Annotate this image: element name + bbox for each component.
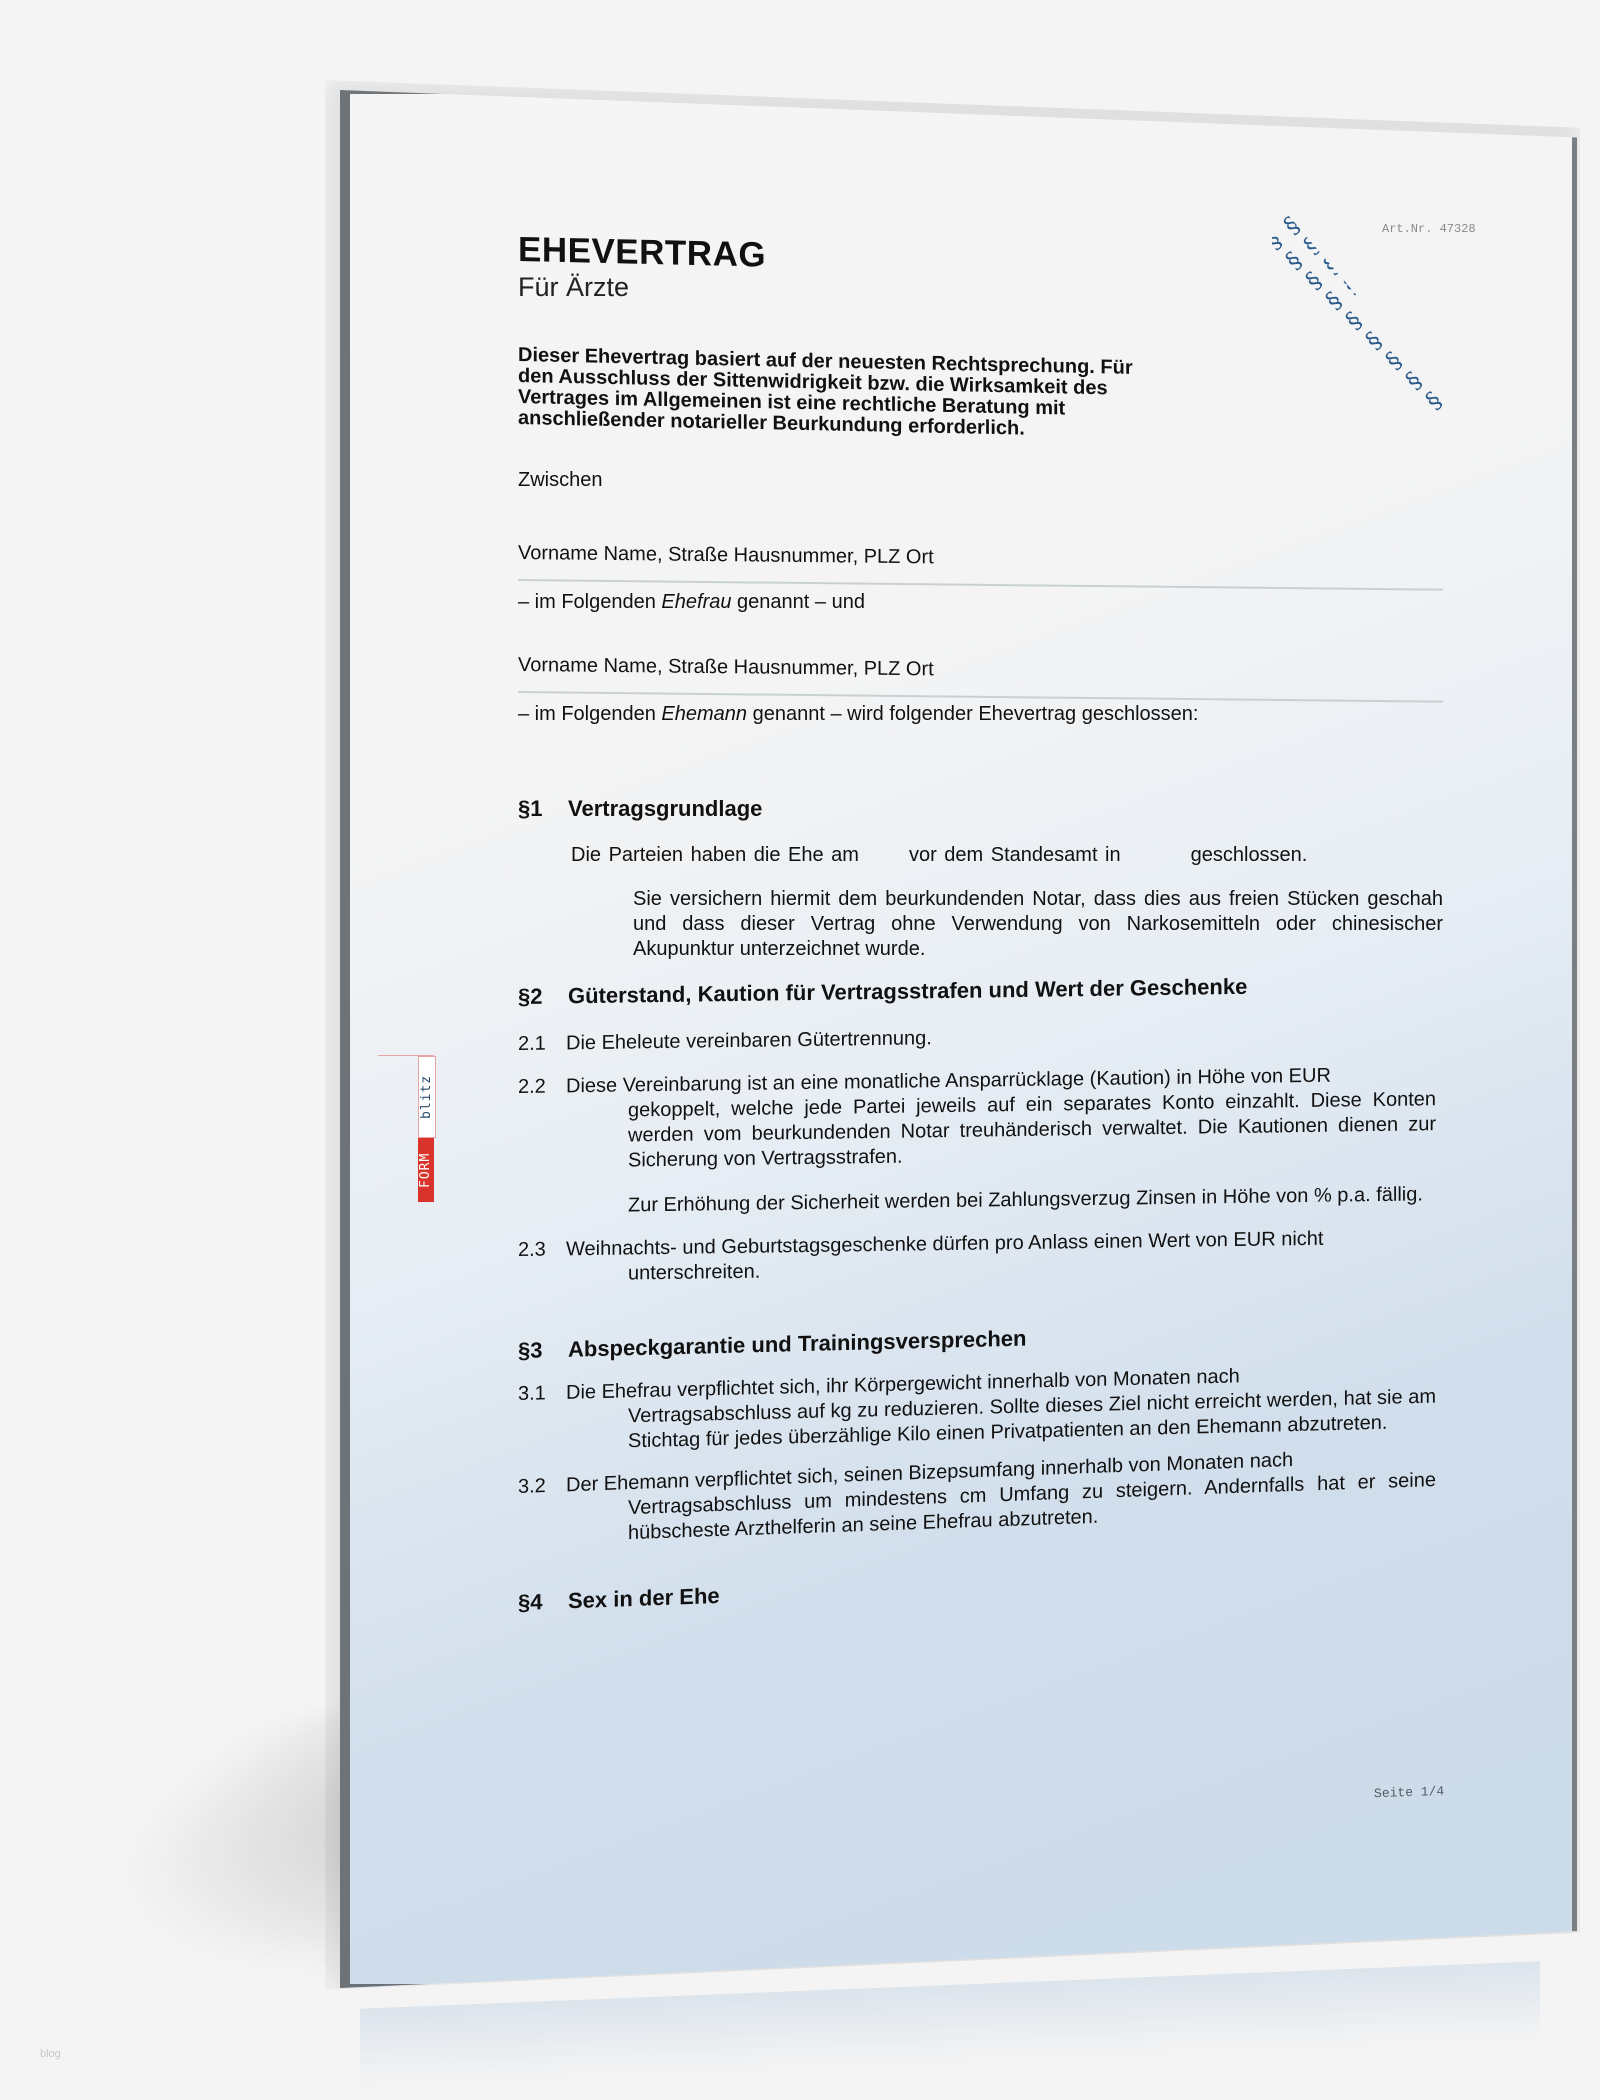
- page-indicator: Seite 1/4: [1374, 1784, 1445, 1801]
- clause-number: 3.1: [518, 1381, 566, 1457]
- watermark: blog: [40, 2048, 61, 2060]
- role-term: Ehemann: [661, 703, 747, 725]
- logo-blitz: blitz: [418, 1056, 436, 1138]
- section-title: Güterstand, Kaution für Vertragsstrafen …: [568, 974, 1247, 1009]
- section-number: §3: [518, 1337, 568, 1364]
- role-prefix: – im Folgenden: [518, 591, 661, 613]
- party-1: Vorname Name, Straße Hausnummer, PLZ Ort…: [518, 542, 1448, 614]
- section-1-paragraph: Die Parteien haben die Ehe amvor dem Sta…: [518, 844, 1448, 867]
- role-prefix: – im Folgenden: [518, 703, 661, 725]
- clause-2-3: 2.3 Weihnachts- und Geburtstagsgeschenke…: [518, 1225, 1448, 1288]
- clause-3-2: 3.2 Der Ehemann verpflichtet sich, seine…: [518, 1443, 1448, 1550]
- clause-number: 2.3: [518, 1237, 566, 1288]
- document-preview: § § § § § § § § § § § § § § § § § § § § …: [0, 0, 1600, 2100]
- clause-2-2: 2.2 Diese Vereinbarung ist an eine monat…: [518, 1062, 1448, 1175]
- formblitz-logo: FORM blitz: [418, 1052, 434, 1202]
- section-4-heading: §4 Sex in der Ehe: [518, 1558, 1448, 1616]
- section-title: Abspeckgarantie und Trainingsversprechen: [568, 1326, 1026, 1363]
- clause-text: Die Eheleute vereinbaren Gütertrennung.: [566, 1019, 1436, 1056]
- section-1-declaration: Sie versichern hiermit dem beurkundenden…: [518, 887, 1443, 962]
- text: Die Parteien haben die Ehe am: [571, 844, 859, 866]
- party-2-role: – im Folgenden Ehemann genannt – wird fo…: [518, 703, 1448, 726]
- section-number: §2: [518, 983, 568, 1010]
- section-number: §4: [518, 1588, 568, 1616]
- clause-number: 3.2: [518, 1473, 566, 1550]
- party-2-name-field[interactable]: Vorname Name, Straße Hausnummer, PLZ Ort: [518, 654, 1443, 703]
- clause-text: Diese Vereinbarung ist an eine monatlich…: [566, 1062, 1436, 1174]
- clause-continuation: gekoppelt, welche jede Partei jeweils au…: [566, 1087, 1436, 1174]
- page-reflection: [360, 1961, 1540, 2088]
- clause-number: 2.2: [518, 1074, 566, 1175]
- party-1-role: – im Folgenden Ehefrau genannt – und: [518, 591, 1448, 614]
- clause-number: 2.1: [518, 1031, 566, 1057]
- role-suffix: genannt – wird folgender Ehevertrag gesc…: [747, 703, 1198, 725]
- clause-2-2-interest: Zur Erhöhung der Sicherheit werden bei Z…: [518, 1182, 1438, 1220]
- section-title: Sex in der Ehe: [568, 1583, 720, 1614]
- text: geschlossen.: [1191, 844, 1308, 866]
- text: vor dem Standesamt in: [909, 844, 1121, 866]
- section-1-heading: §1 Vertragsgrundlage: [518, 796, 1448, 822]
- clause-text: Weihnachts- und Geburtstagsgeschenke dür…: [566, 1225, 1436, 1287]
- clause-3-1: 3.1 Die Ehefrau verpflichtet sich, ihr K…: [518, 1359, 1448, 1457]
- document-content: EHEVERTRAG Für Ärzte Dieser Ehevertrag b…: [518, 230, 1448, 1616]
- section-3-heading: §3 Abspeckgarantie und Trainingsversprec…: [518, 1315, 1448, 1364]
- clause-text: Der Ehemann verpflichtet sich, seinen Bi…: [566, 1443, 1436, 1548]
- clause-text: Die Ehefrau verpflichtet sich, ihr Körpe…: [566, 1360, 1436, 1456]
- clause-2-1: 2.1 Die Eheleute vereinbaren Gütertrennu…: [518, 1019, 1448, 1057]
- section-2-heading: §2 Güterstand, Kaution für Vertragsstraf…: [518, 971, 1448, 1010]
- between-label: Zwischen: [518, 469, 1448, 492]
- logo-form: FORM: [418, 1138, 434, 1202]
- role-suffix: genannt – und: [731, 591, 864, 613]
- party-2: Vorname Name, Straße Hausnummer, PLZ Ort…: [518, 654, 1448, 726]
- party-1-name-field[interactable]: Vorname Name, Straße Hausnummer, PLZ Ort: [518, 542, 1443, 591]
- section-number: §1: [518, 796, 568, 822]
- role-term: Ehefrau: [661, 591, 731, 613]
- section-title: Vertragsgrundlage: [568, 796, 762, 822]
- intro-notice: Dieser Ehevertrag basiert auf der neuest…: [518, 345, 1138, 442]
